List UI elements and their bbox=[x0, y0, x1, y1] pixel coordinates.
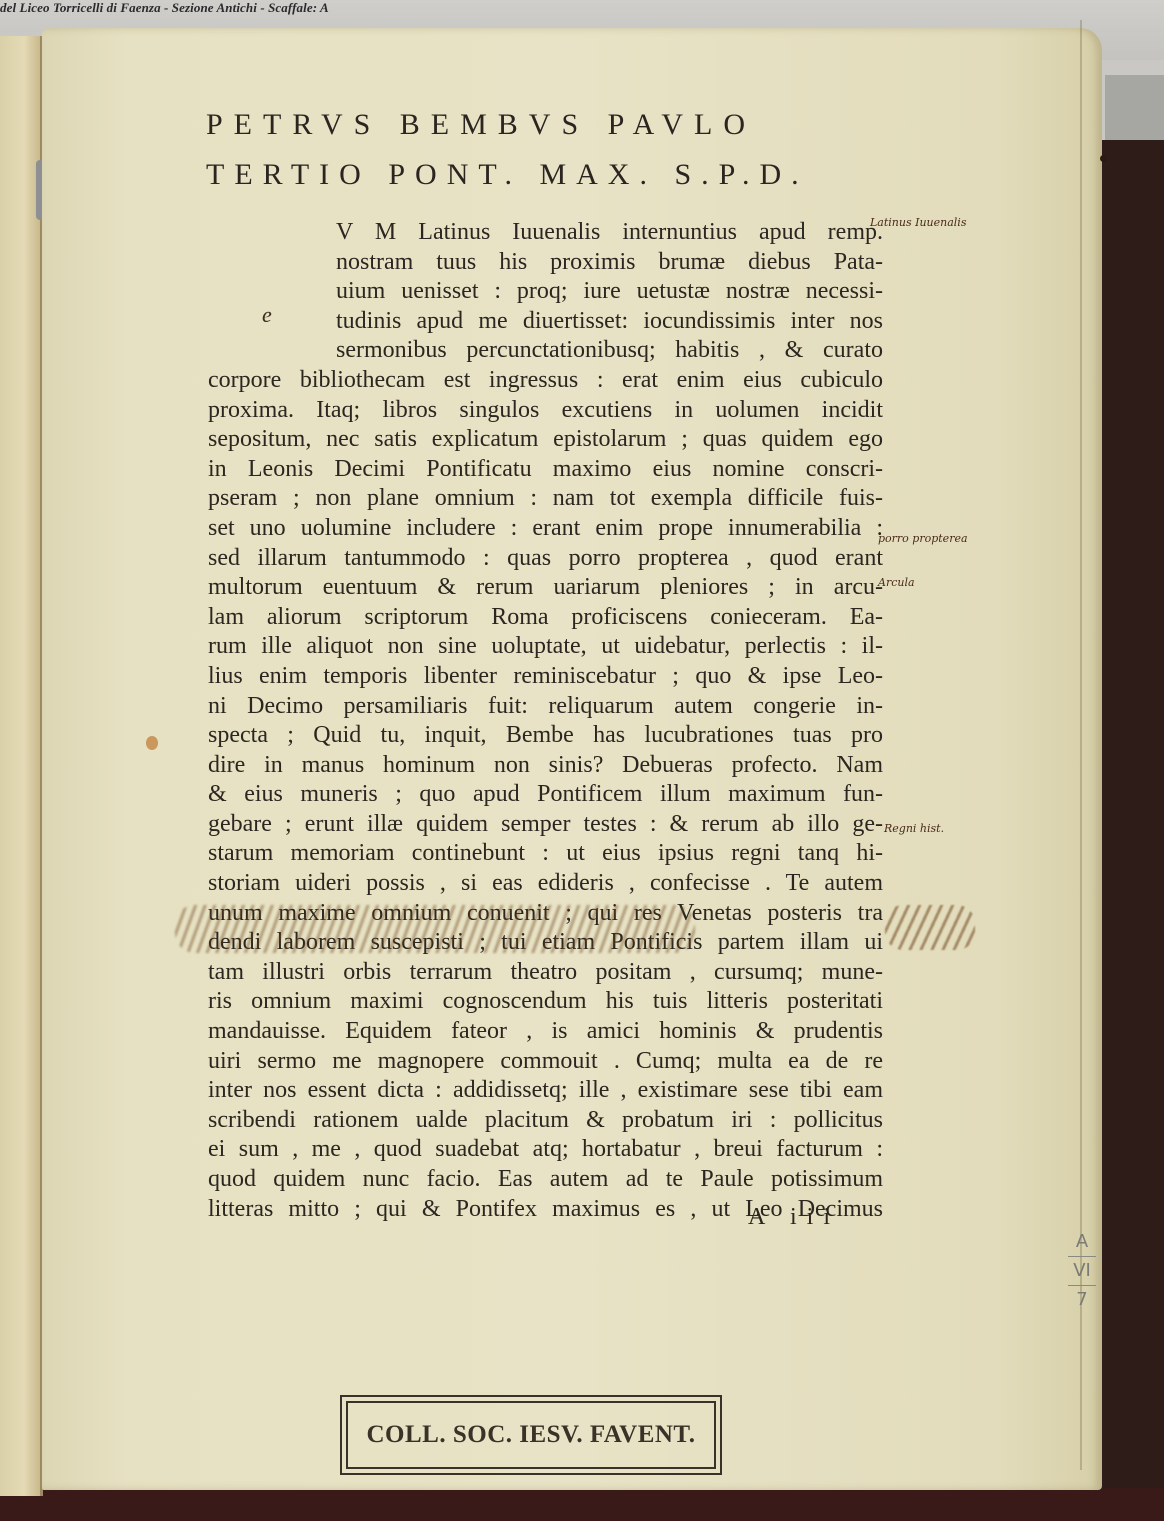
text-line: mandauisse. Equidem fateor , is amici ho… bbox=[208, 1017, 883, 1047]
text-line: nostram tuus his proximis brumæ diebus P… bbox=[208, 248, 883, 278]
text-line: sepositum, nec satis explicatum epistola… bbox=[208, 425, 883, 455]
heading-line-2: TERTIO PONT. MAX. S.P.D. bbox=[206, 158, 809, 192]
text-line: uiri sermo me magnopere commouit . Cumq;… bbox=[208, 1047, 883, 1077]
text-line: sed illarum tantummodo : quas porro prop… bbox=[208, 544, 883, 574]
signature-mark: A iii bbox=[748, 1204, 840, 1231]
text-line: specta ; Quid tu, inquit, Bembe has lucu… bbox=[208, 721, 883, 751]
stamp-text: COLL. SOC. IESV. FAVENT. bbox=[346, 1401, 716, 1469]
text-line: scribendi rationem ualde placitum & prob… bbox=[208, 1106, 883, 1136]
marginal-note-3: Arcula bbox=[878, 576, 915, 589]
marginal-note-4: Regni hist. bbox=[884, 822, 944, 835]
text-line: pseram ; non plane omnium : nam tot exem… bbox=[208, 484, 883, 514]
text-line: ni Decimo persamiliaris fuit: reliquarum… bbox=[208, 692, 883, 722]
text-line: corpore bibliothecam est ingressus : era… bbox=[208, 366, 883, 396]
text-line: ris omnium maximi cognoscendum his tuis … bbox=[208, 987, 883, 1017]
shelfmark: A VI 7 bbox=[1062, 1228, 1102, 1314]
text-line: proxima. Itaq; libros singulos excutiens… bbox=[208, 396, 883, 426]
text-line: rum ille aliquot non sine uoluptate, ut … bbox=[208, 632, 883, 662]
library-label: del Liceo Torricelli di Faenza - Sezione… bbox=[0, 0, 329, 16]
text-line: set uno uolumine includere : erant enim … bbox=[208, 514, 883, 544]
shelfmark-row-3: 7 bbox=[1062, 1286, 1102, 1314]
text-line: multorum euentuum & rerum uariarum pleni… bbox=[208, 573, 883, 603]
text-line: dire in manus hominum non sinis? Debuera… bbox=[208, 751, 883, 781]
desk-bottom bbox=[0, 1488, 1164, 1521]
text-line: sermonibus percunctationibusq; habitis ,… bbox=[208, 336, 883, 366]
ink-smear bbox=[175, 905, 695, 953]
shelfmark-row-2: VI bbox=[1062, 1257, 1102, 1285]
heading-line-1: PETRVS BEMBVS PAVLO bbox=[206, 108, 756, 142]
facing-page-edge bbox=[0, 36, 43, 1496]
marginal-note-2: porro propterea bbox=[878, 532, 968, 545]
text-line: quod quidem nunc facio. Eas autem ad te … bbox=[208, 1165, 883, 1195]
text-line: lam aliorum scriptorum Roma proficiscens… bbox=[208, 603, 883, 633]
text-line: in Leonis Decimi Pontificatu maximo eius… bbox=[208, 455, 883, 485]
foxing-stain bbox=[146, 736, 158, 750]
text-line: uium uenisset : proq; iure uetustæ nostr… bbox=[208, 277, 883, 307]
wormhole bbox=[1100, 155, 1107, 162]
text-line: V M Latinus Iuuenalis internuntius apud … bbox=[208, 218, 883, 248]
desk-edge bbox=[1105, 75, 1164, 145]
text-line: tam illustri orbis terrarum theatro posi… bbox=[208, 958, 883, 988]
letter-body: V M Latinus Iuuenalis internuntius apud … bbox=[208, 218, 883, 1224]
text-line: & eius muneris ; quo apud Pontificem ill… bbox=[208, 780, 883, 810]
desk-surface bbox=[1100, 140, 1164, 1521]
text-line: lius enim temporis libenter reminiscebat… bbox=[208, 662, 883, 692]
text-line: storiam uideri possis , si eas edideris … bbox=[208, 869, 883, 899]
marginal-note-1: Latinus Iuuenalis bbox=[870, 216, 966, 229]
text-line: inter nos essent dicta : addidissetq; il… bbox=[208, 1076, 883, 1106]
text-line: gebare ; erunt illæ quidem semper testes… bbox=[208, 810, 883, 840]
ink-scribble bbox=[885, 905, 975, 950]
text-line: tudinis apud me diuertisset: iocundissim… bbox=[208, 307, 883, 337]
shelfmark-row-1: A bbox=[1062, 1228, 1102, 1256]
text-line: starum memoriam continebunt : ut eius ip… bbox=[208, 839, 883, 869]
ownership-stamp: COLL. SOC. IESV. FAVENT. bbox=[340, 1395, 722, 1475]
text-line: ei sum , me , quod suadebat atq; hortaba… bbox=[208, 1135, 883, 1165]
